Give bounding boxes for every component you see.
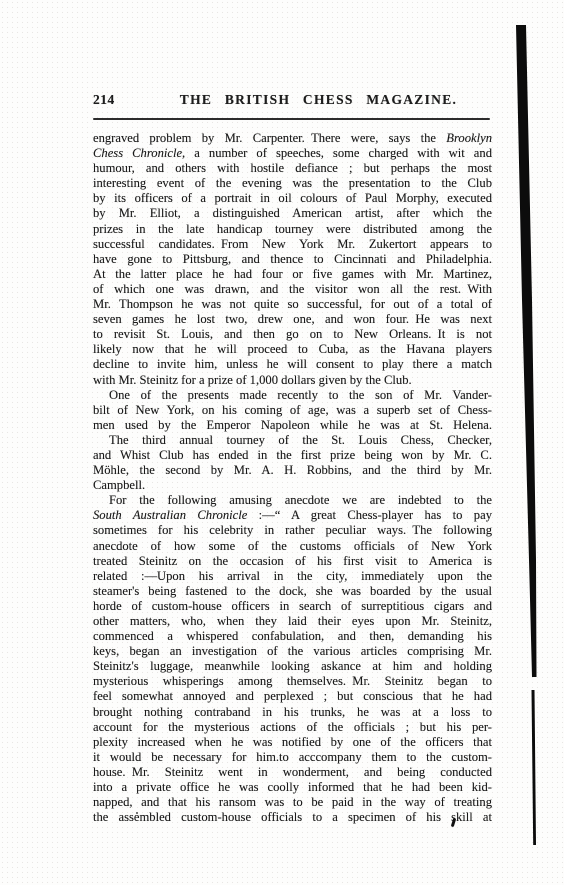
text-line: other matters, who, when they laid their… (93, 614, 492, 629)
text-line: engraved problem by Mr. Carpenter. There… (93, 131, 492, 146)
text-line: interesting event of the evening was the… (93, 176, 492, 191)
text-line: sometimes for his celebrity in rather pe… (93, 523, 492, 538)
paragraph: engraved problem by Mr. Carpenter. There… (93, 131, 492, 388)
text-line: the assembled custom-house officials to … (93, 810, 492, 825)
text-line: of which one was drawn, and the visitor … (93, 282, 492, 297)
text-line: decline to invite him, unless he will co… (93, 357, 492, 372)
text-line: napped, and that his ransom was to be pa… (93, 795, 492, 810)
text-line: horde of custom-house officers in search… (93, 599, 492, 614)
text-line: One of the presents made recently to the… (93, 388, 492, 403)
text-line: with Mr. Steinitz for a prize of 1,000 d… (93, 373, 492, 388)
text-line: seven games he lost two, drew one, and w… (93, 312, 492, 327)
text-line: it would be necessary for him.to acccomp… (93, 750, 492, 765)
text-line: plexity increased when he was notified b… (93, 735, 492, 750)
text-line: At the latter place he had four or five … (93, 267, 492, 282)
text-line: mysterious whisperings among themselves.… (93, 674, 492, 689)
text-line: house. Mr. Steinitz went in wonderment, … (93, 765, 492, 780)
header-rule (93, 118, 490, 120)
text-line: anecdote of how some of the customs offi… (93, 539, 492, 554)
text-line: account for the mysterious actions of th… (93, 720, 492, 735)
page-header: 214 THE BRITISH CHESS MAGAZINE. (93, 92, 492, 108)
text-line: to revisit St. Louis, and then go on to … (93, 327, 492, 342)
text-line: by its officers of a portrait in oil col… (93, 191, 492, 206)
paragraph: One of the presents made recently to the… (93, 388, 492, 433)
text-line: likely now that he will proceed to Cuba,… (93, 342, 492, 357)
text-line: feel somewhat annoyed and perplexed ; bu… (93, 689, 492, 704)
text-line: brought nothing contraband in his trunks… (93, 705, 492, 720)
text-line: into a private office he was coolly info… (93, 780, 492, 795)
text-line: treated Steinitz on the occasion of his … (93, 554, 492, 569)
paragraph: The third annual tourney of the St. Loui… (93, 433, 492, 493)
text-line: related :—Upon his arrival in the city, … (93, 569, 492, 584)
text-line: Möhle, the second by Mr. A. H. Robbins, … (93, 463, 492, 478)
text-line: Campbell. (93, 478, 492, 493)
text-line: Mr. Thompson he was not quite so success… (93, 297, 492, 312)
text-line: by Mr. Elliot, a distinguished American … (93, 206, 492, 221)
text-line: steamer's being fastened to the dock, sh… (93, 584, 492, 599)
text-line: keys, began an investigation of the vari… (93, 644, 492, 659)
text-line: For the following amusing anecdote we ar… (93, 493, 492, 508)
magazine-title: THE BRITISH CHESS MAGAZINE. (145, 92, 492, 108)
text-line: humour, and others with hostile defiance… (93, 161, 492, 176)
text-line: men used by the Emperor Napoleon while h… (93, 418, 492, 433)
text-line: commenced a whispered confabulation, and… (93, 629, 492, 644)
page-number: 214 (93, 92, 145, 108)
text-line: and Whist Club has ended in the first pr… (93, 448, 492, 463)
text-line: bilt of New York, on his coming of age, … (93, 403, 492, 418)
text-line: successful candidates. From New York Mr.… (93, 237, 492, 252)
paragraph: For the following amusing anecdote we ar… (93, 493, 492, 825)
text-line: Chess Chronicle, a number of speeches, s… (93, 146, 492, 161)
text-line: The third annual tourney of the St. Loui… (93, 433, 492, 448)
ink-speck (136, 812, 138, 814)
text-line: South Australian Chronicle :—“ A great C… (93, 508, 492, 523)
text-column: engraved problem by Mr. Carpenter. There… (93, 131, 492, 825)
text-line: have gone to Pittsburg, and thence to Ci… (93, 252, 492, 267)
text-line: prizes in the late handicap tourney were… (93, 222, 492, 237)
text-line: Steinitz's luggage, meanwhile looking as… (93, 659, 492, 674)
